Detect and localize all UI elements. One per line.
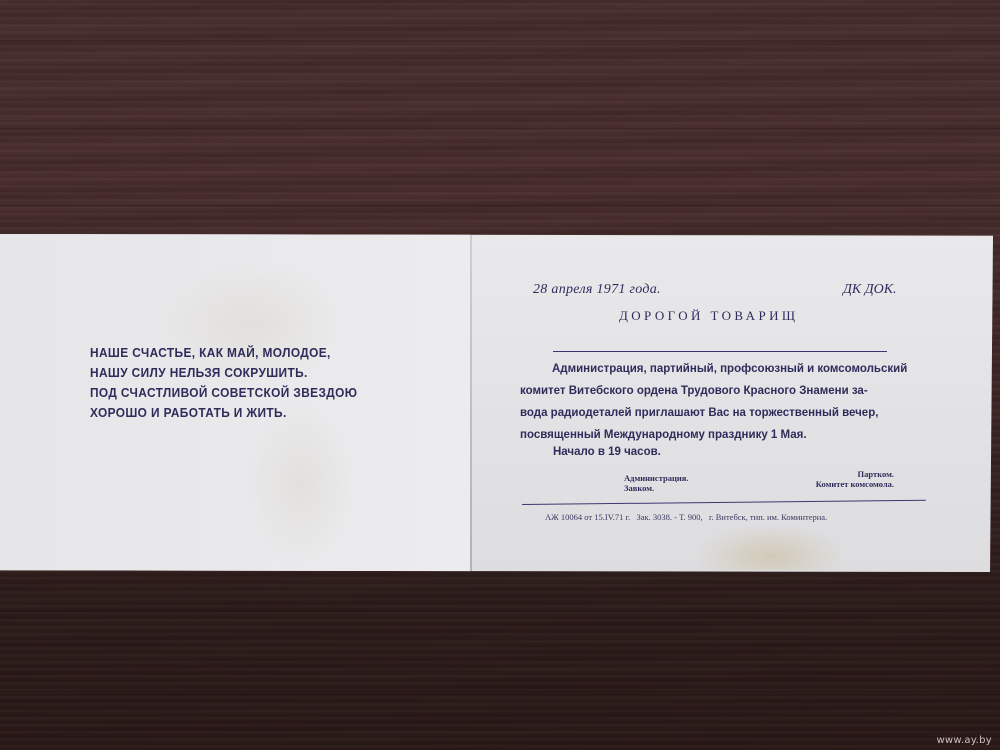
signature: Партком. (790, 469, 894, 479)
signature: Администрация. (624, 473, 688, 483)
event-date: 28 апреля 1971 года. (533, 282, 661, 298)
wood-grain (0, 610, 1000, 612)
greeting-heading: ДОРОГОЙ ТОВАРИЩ (619, 308, 798, 324)
card-right-page: 28 апреля 1971 года. ДК ДОК. ДОРОГОЙ ТОВ… (0, 234, 993, 572)
wood-grain (0, 205, 1000, 207)
signatures-right: Партком. Комитет комсомола. (790, 469, 894, 489)
footer-divider (522, 500, 926, 505)
wood-grain (0, 690, 1000, 692)
event-venue: ДК ДОК. (843, 282, 897, 298)
wood-grain (0, 128, 1000, 130)
body-line: комитет Витебского ордена Трудового Крас… (520, 380, 925, 402)
signatures-left: Администрация. Завком. (624, 473, 688, 493)
recipient-name-line (553, 351, 887, 352)
printer-imprint: АЖ 10064 от 15.IV.71 г. Зак. 3038. - Т. … (545, 512, 827, 522)
invitation-card: НАШЕ СЧАСТЬЕ, КАК МАЙ, МОЛОДОЕ, НАШУ СИЛ… (0, 234, 993, 572)
site-watermark: www.ay.by (936, 735, 992, 746)
signature: Завком. (624, 483, 688, 493)
signature: Комитет комсомола. (790, 479, 894, 489)
body-line: Администрация, партийный, профсоюзный и … (520, 358, 925, 380)
body-line: посвященный Международному празднику 1 М… (520, 424, 925, 446)
invitation-body: Администрация, партийный, профсоюзный и … (520, 358, 925, 446)
body-line: вода радиодеталей приглашают Вас на торж… (520, 402, 925, 424)
wood-grain (0, 40, 1000, 42)
start-time: Начало в 19 часов. (553, 446, 661, 458)
